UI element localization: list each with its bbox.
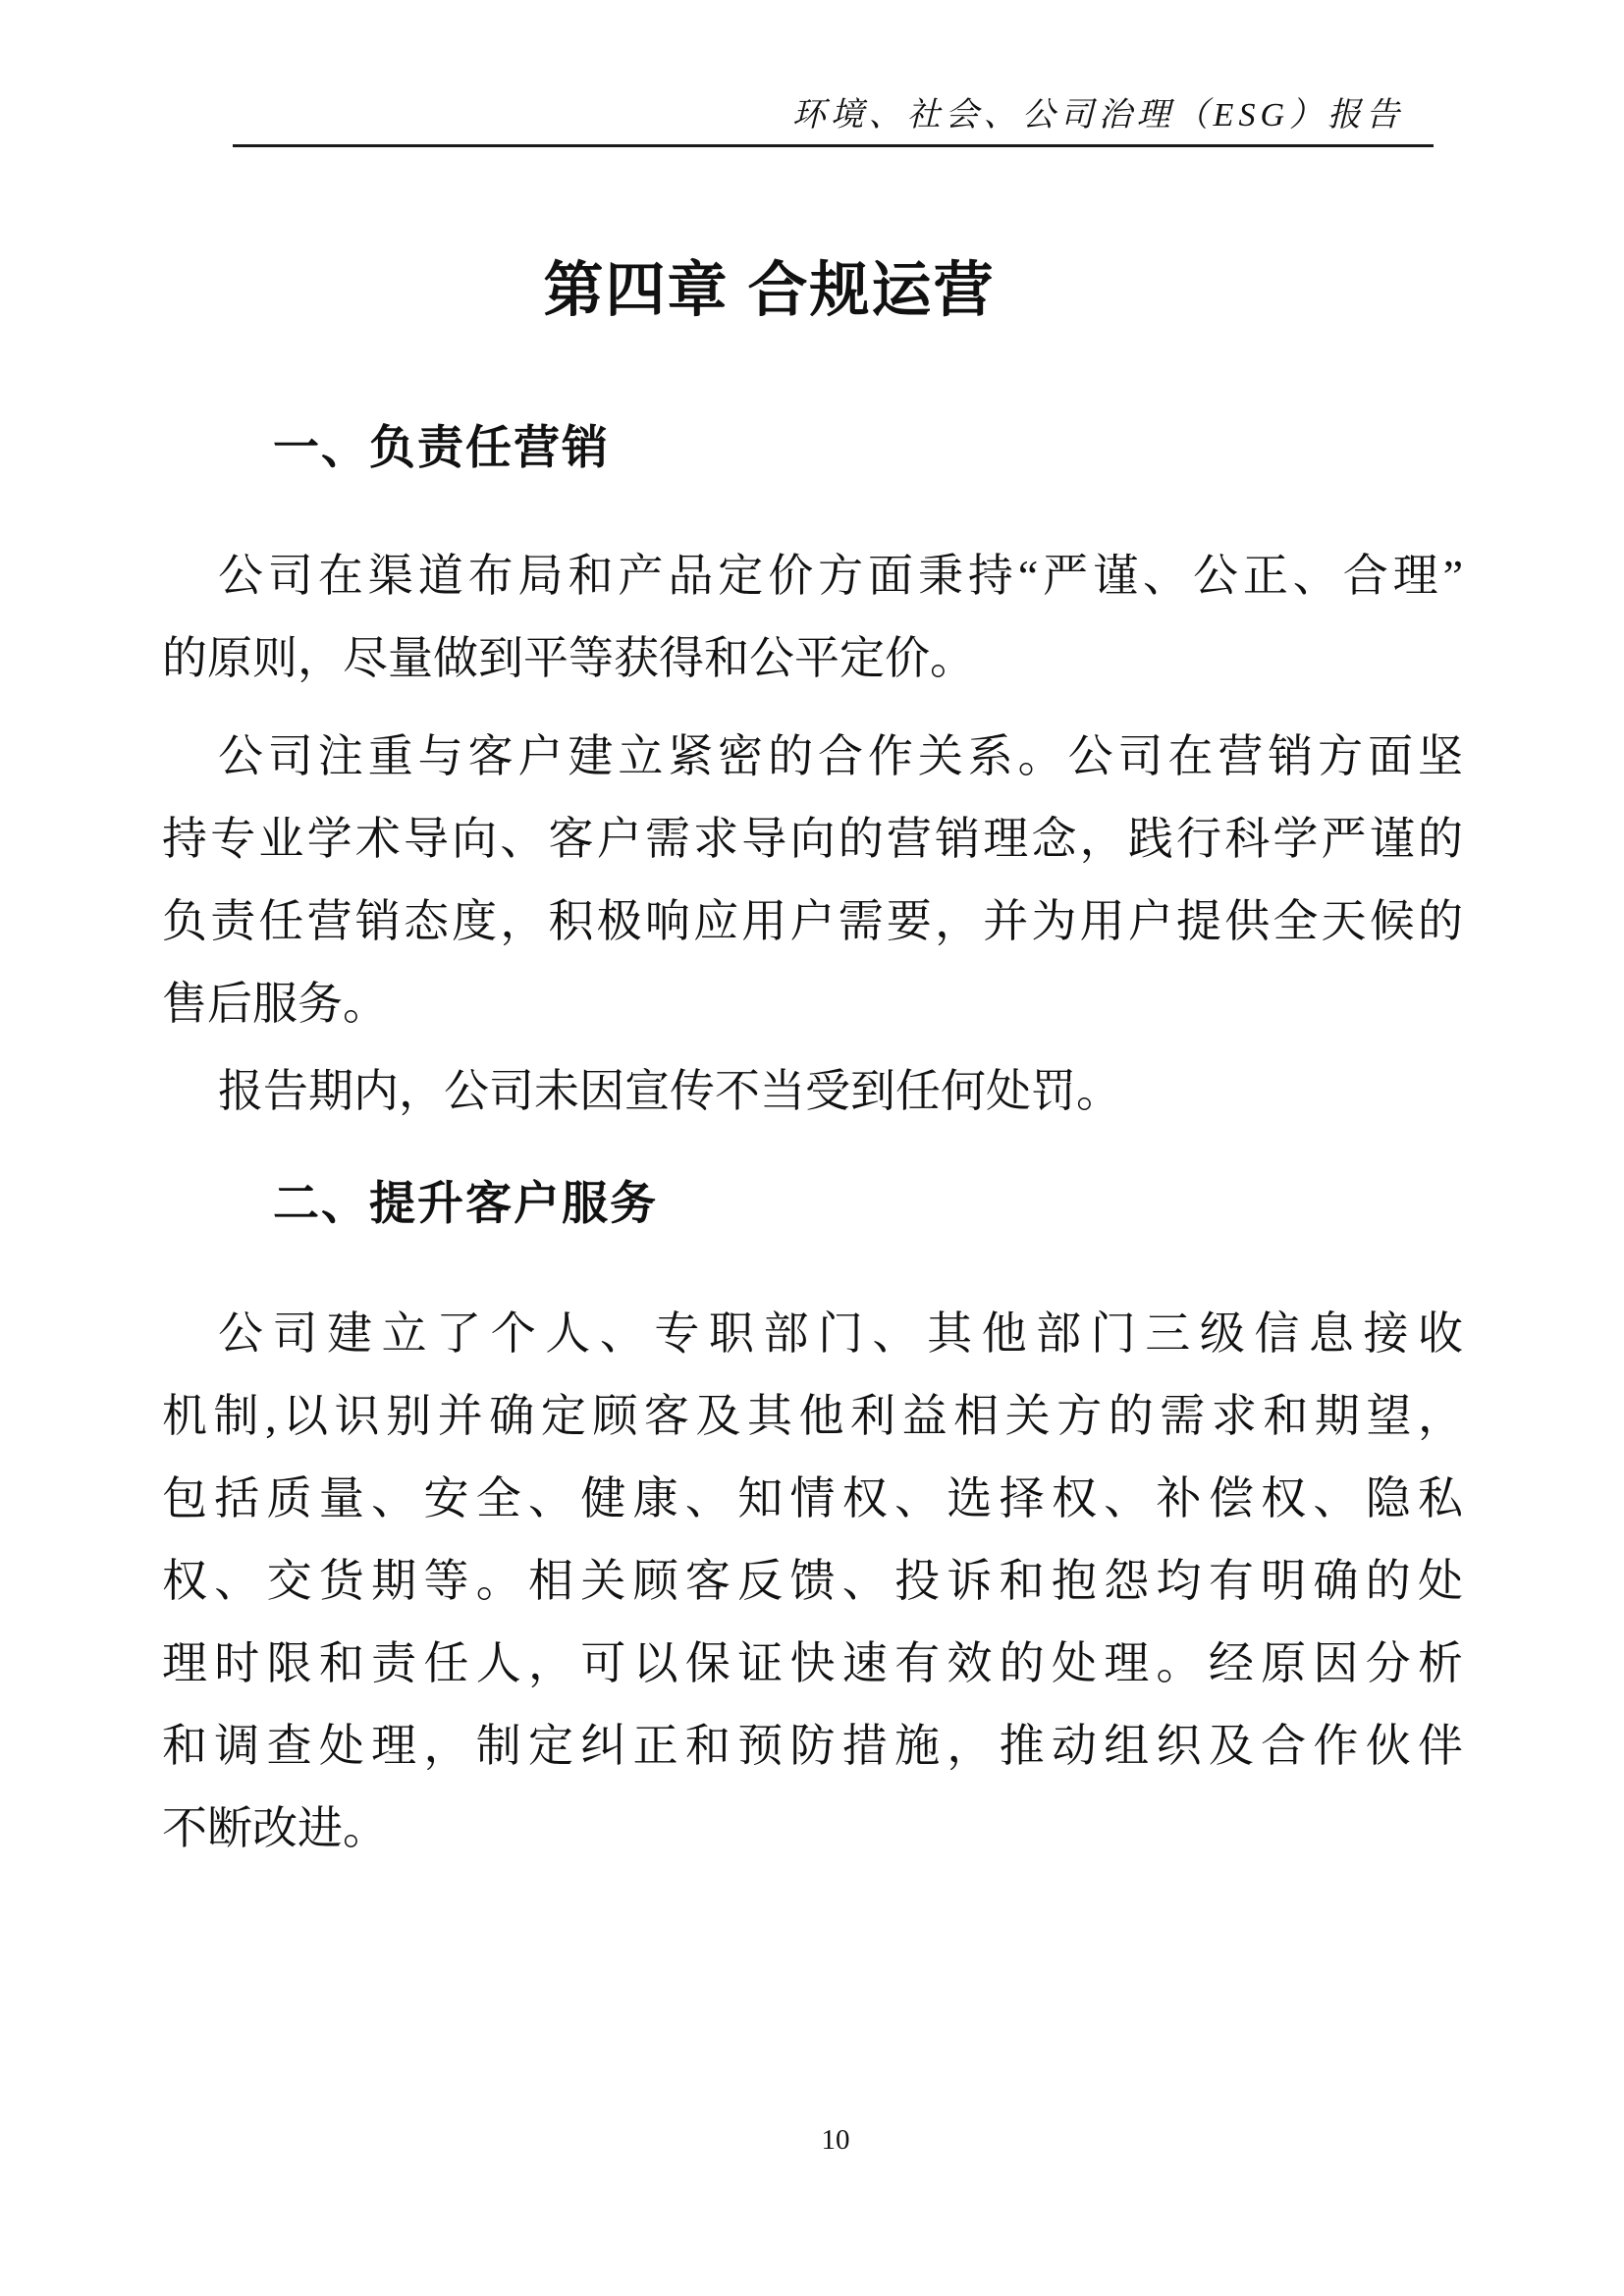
paragraph: 公司建立了个人、专职部门、其他部门三级信息接收 机制,以识别并确定顾客及其他利益… [162, 1293, 1463, 1870]
text-line: 负责任营销态度，积极响应用户需要，并为用户提供全天候的 [162, 881, 1463, 963]
text-line: 报告期内，公司未因宣传不当受到任何处罚。 [162, 1050, 1463, 1133]
text-line: 的原则，尽量做到平等获得和公平定价。 [162, 617, 1463, 700]
text-line: 权、交货期等。相关顾客反馈、投诉和抱怨均有明确的处 [162, 1540, 1463, 1623]
text-line: 公司建立了个人、专职部门、其他部门三级信息接收 [162, 1293, 1463, 1375]
page-header: 环境、社会、公司治理（ESG）报告 [233, 92, 1434, 147]
text-line: 不断改进。 [162, 1788, 1463, 1870]
text-line: 机制,以识别并确定顾客及其他利益相关方的需求和期望， [162, 1375, 1463, 1458]
section-heading-customer-service: 二、提升客户服务 [273, 1174, 658, 1233]
text-line: 和调查处理，制定纠正和预防措施，推动组织及合作伙伴 [162, 1705, 1463, 1788]
text-line: 理时限和责任人，可以保证快速有效的处理。经原因分析 [162, 1623, 1463, 1705]
text-line: 售后服务。 [162, 963, 1463, 1045]
text-line: 公司注重与客户建立紧密的合作关系。公司在营销方面坚 [162, 716, 1463, 798]
section-heading-responsible-marketing: 一、负责任营销 [273, 418, 610, 477]
paragraph: 公司在渠道布局和产品定价方面秉持“严谨、公正、合理” 的原则，尽量做到平等获得和… [162, 535, 1463, 700]
text-line: 公司在渠道布局和产品定价方面秉持“严谨、公正、合理” [162, 535, 1463, 617]
section-body-responsible-marketing: 公司在渠道布局和产品定价方面秉持“严谨、公正、合理” 的原则，尽量做到平等获得和… [162, 535, 1463, 1133]
text-line: 包括质量、安全、健康、知情权、选择权、补偿权、隐私 [162, 1458, 1463, 1540]
paragraph: 公司注重与客户建立紧密的合作关系。公司在营销方面坚 持专业学术导向、客户需求导向… [162, 716, 1463, 1045]
document-page: { "document": { "header": { "title": "环境… [0, 0, 1624, 2296]
header-title: 环境、社会、公司治理（ESG）报告 [792, 97, 1404, 133]
text-line: 持专业学术导向、客户需求导向的营销理念，践行科学严谨的 [162, 798, 1463, 881]
page-number: 10 [772, 2122, 899, 2158]
chapter-title: 第四章 合规运营 [162, 253, 1465, 326]
paragraph: 报告期内，公司未因宣传不当受到任何处罚。 [162, 1050, 1463, 1133]
section-body-customer-service: 公司建立了个人、专职部门、其他部门三级信息接收 机制,以识别并确定顾客及其他利益… [162, 1293, 1463, 1870]
